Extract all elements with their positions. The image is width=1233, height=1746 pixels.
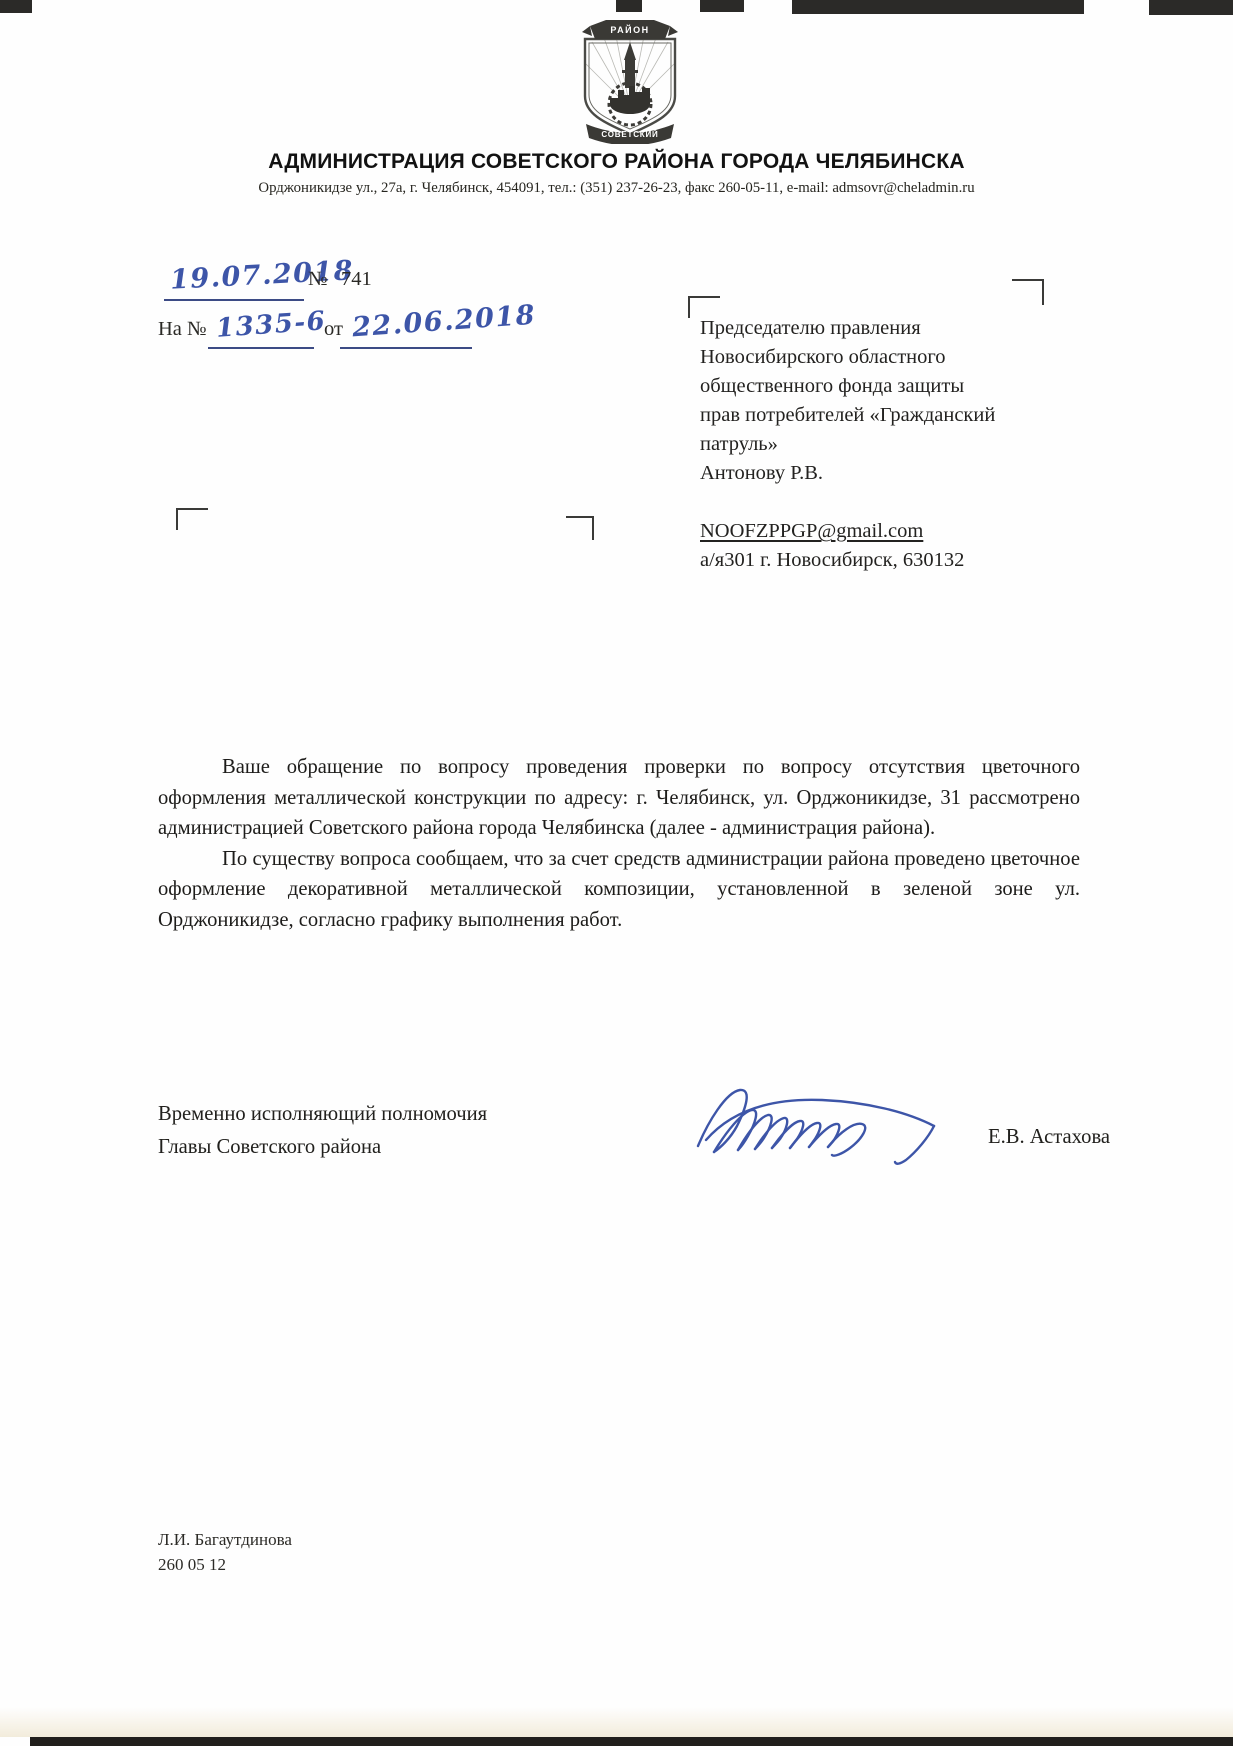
signer-title-line: Временно исполняющий полномочия [158, 1098, 678, 1131]
executor-block: Л.И. Багаутдинова 260 05 12 [158, 1527, 292, 1577]
recipient-line: Антонову Р.В. [700, 459, 1090, 488]
corner-mark-sender-left [176, 508, 208, 530]
number-sign-label: № [308, 268, 328, 291]
scan-artifact-bar [700, 0, 744, 12]
recipient-line: общественного фонда защиты [700, 372, 1090, 401]
letter-body: Ваше обращение по вопросу проведения про… [158, 752, 1080, 935]
incoming-date-handwritten: 22.06.2018 [351, 300, 537, 344]
scan-bottom-bar [30, 1737, 1233, 1746]
recipient-line: Председателю правления [700, 314, 1090, 343]
coat-of-arms-emblem: РАЙОН СОВЕТСКИЙ [572, 12, 688, 144]
reply-prefix-label: На № [158, 318, 207, 341]
signer-title-line: Главы Советского района [158, 1131, 678, 1164]
recipient-line: прав потребителей «Гражданский [700, 401, 1090, 430]
executor-name: Л.И. Багаутдинова [158, 1527, 292, 1552]
scan-artifact-bar [616, 0, 642, 12]
body-paragraph: Ваше обращение по вопросу проведения про… [158, 752, 1080, 844]
date-underline [164, 299, 304, 301]
recipient-email: NOOFZPPGP@gmail.com [700, 517, 923, 546]
scan-artifact-bar [792, 0, 1084, 14]
scanned-letter-page: РАЙОН СОВЕТСКИЙ АДМИНИСТРАЦИЯ СОВЕТСКОГО… [0, 0, 1233, 1746]
scan-artifact-bar [1149, 0, 1233, 15]
body-paragraph: По существу вопроса сообщаем, что за сче… [158, 844, 1080, 936]
corner-mark-sender-right [566, 516, 594, 540]
executor-phone: 260 05 12 [158, 1552, 292, 1577]
recipient-postal-address: а/я301 г. Новосибирск, 630132 [700, 546, 1090, 575]
recipient-block: Председателю правления Новосибирского об… [700, 314, 1090, 575]
scan-artifact-bar [0, 0, 32, 13]
handwritten-signature [692, 1082, 982, 1178]
recipient-line: патруль» [700, 430, 1090, 459]
corner-mark-recipient-right [1012, 279, 1044, 305]
emblem-bottom-banner-text: СОВЕТСКИЙ [601, 130, 658, 139]
outgoing-number: 741 [341, 268, 372, 291]
signature-scribble [692, 1082, 982, 1178]
incoming-number-underline [208, 347, 314, 349]
emblem-graphic: РАЙОН СОВЕТСКИЙ [572, 12, 688, 144]
organization-address-line: Орджоникидзе ул., 27а, г. Челябинск, 454… [0, 180, 1233, 197]
signer-name: Е.В. Астахова [988, 1126, 1110, 1149]
from-label: от [324, 318, 343, 341]
scan-bottom-tint [0, 1707, 1233, 1737]
recipient-line: Новосибирского областного [700, 343, 1090, 372]
signer-title-block: Временно исполняющий полномочия Главы Со… [158, 1098, 678, 1164]
organization-name: АДМИНИСТРАЦИЯ СОВЕТСКОГО РАЙОНА ГОРОДА Ч… [0, 150, 1233, 174]
incoming-date-underline [340, 347, 472, 349]
incoming-number-handwritten: 1335-6 [215, 306, 327, 344]
emblem-top-banner-text: РАЙОН [610, 24, 649, 35]
